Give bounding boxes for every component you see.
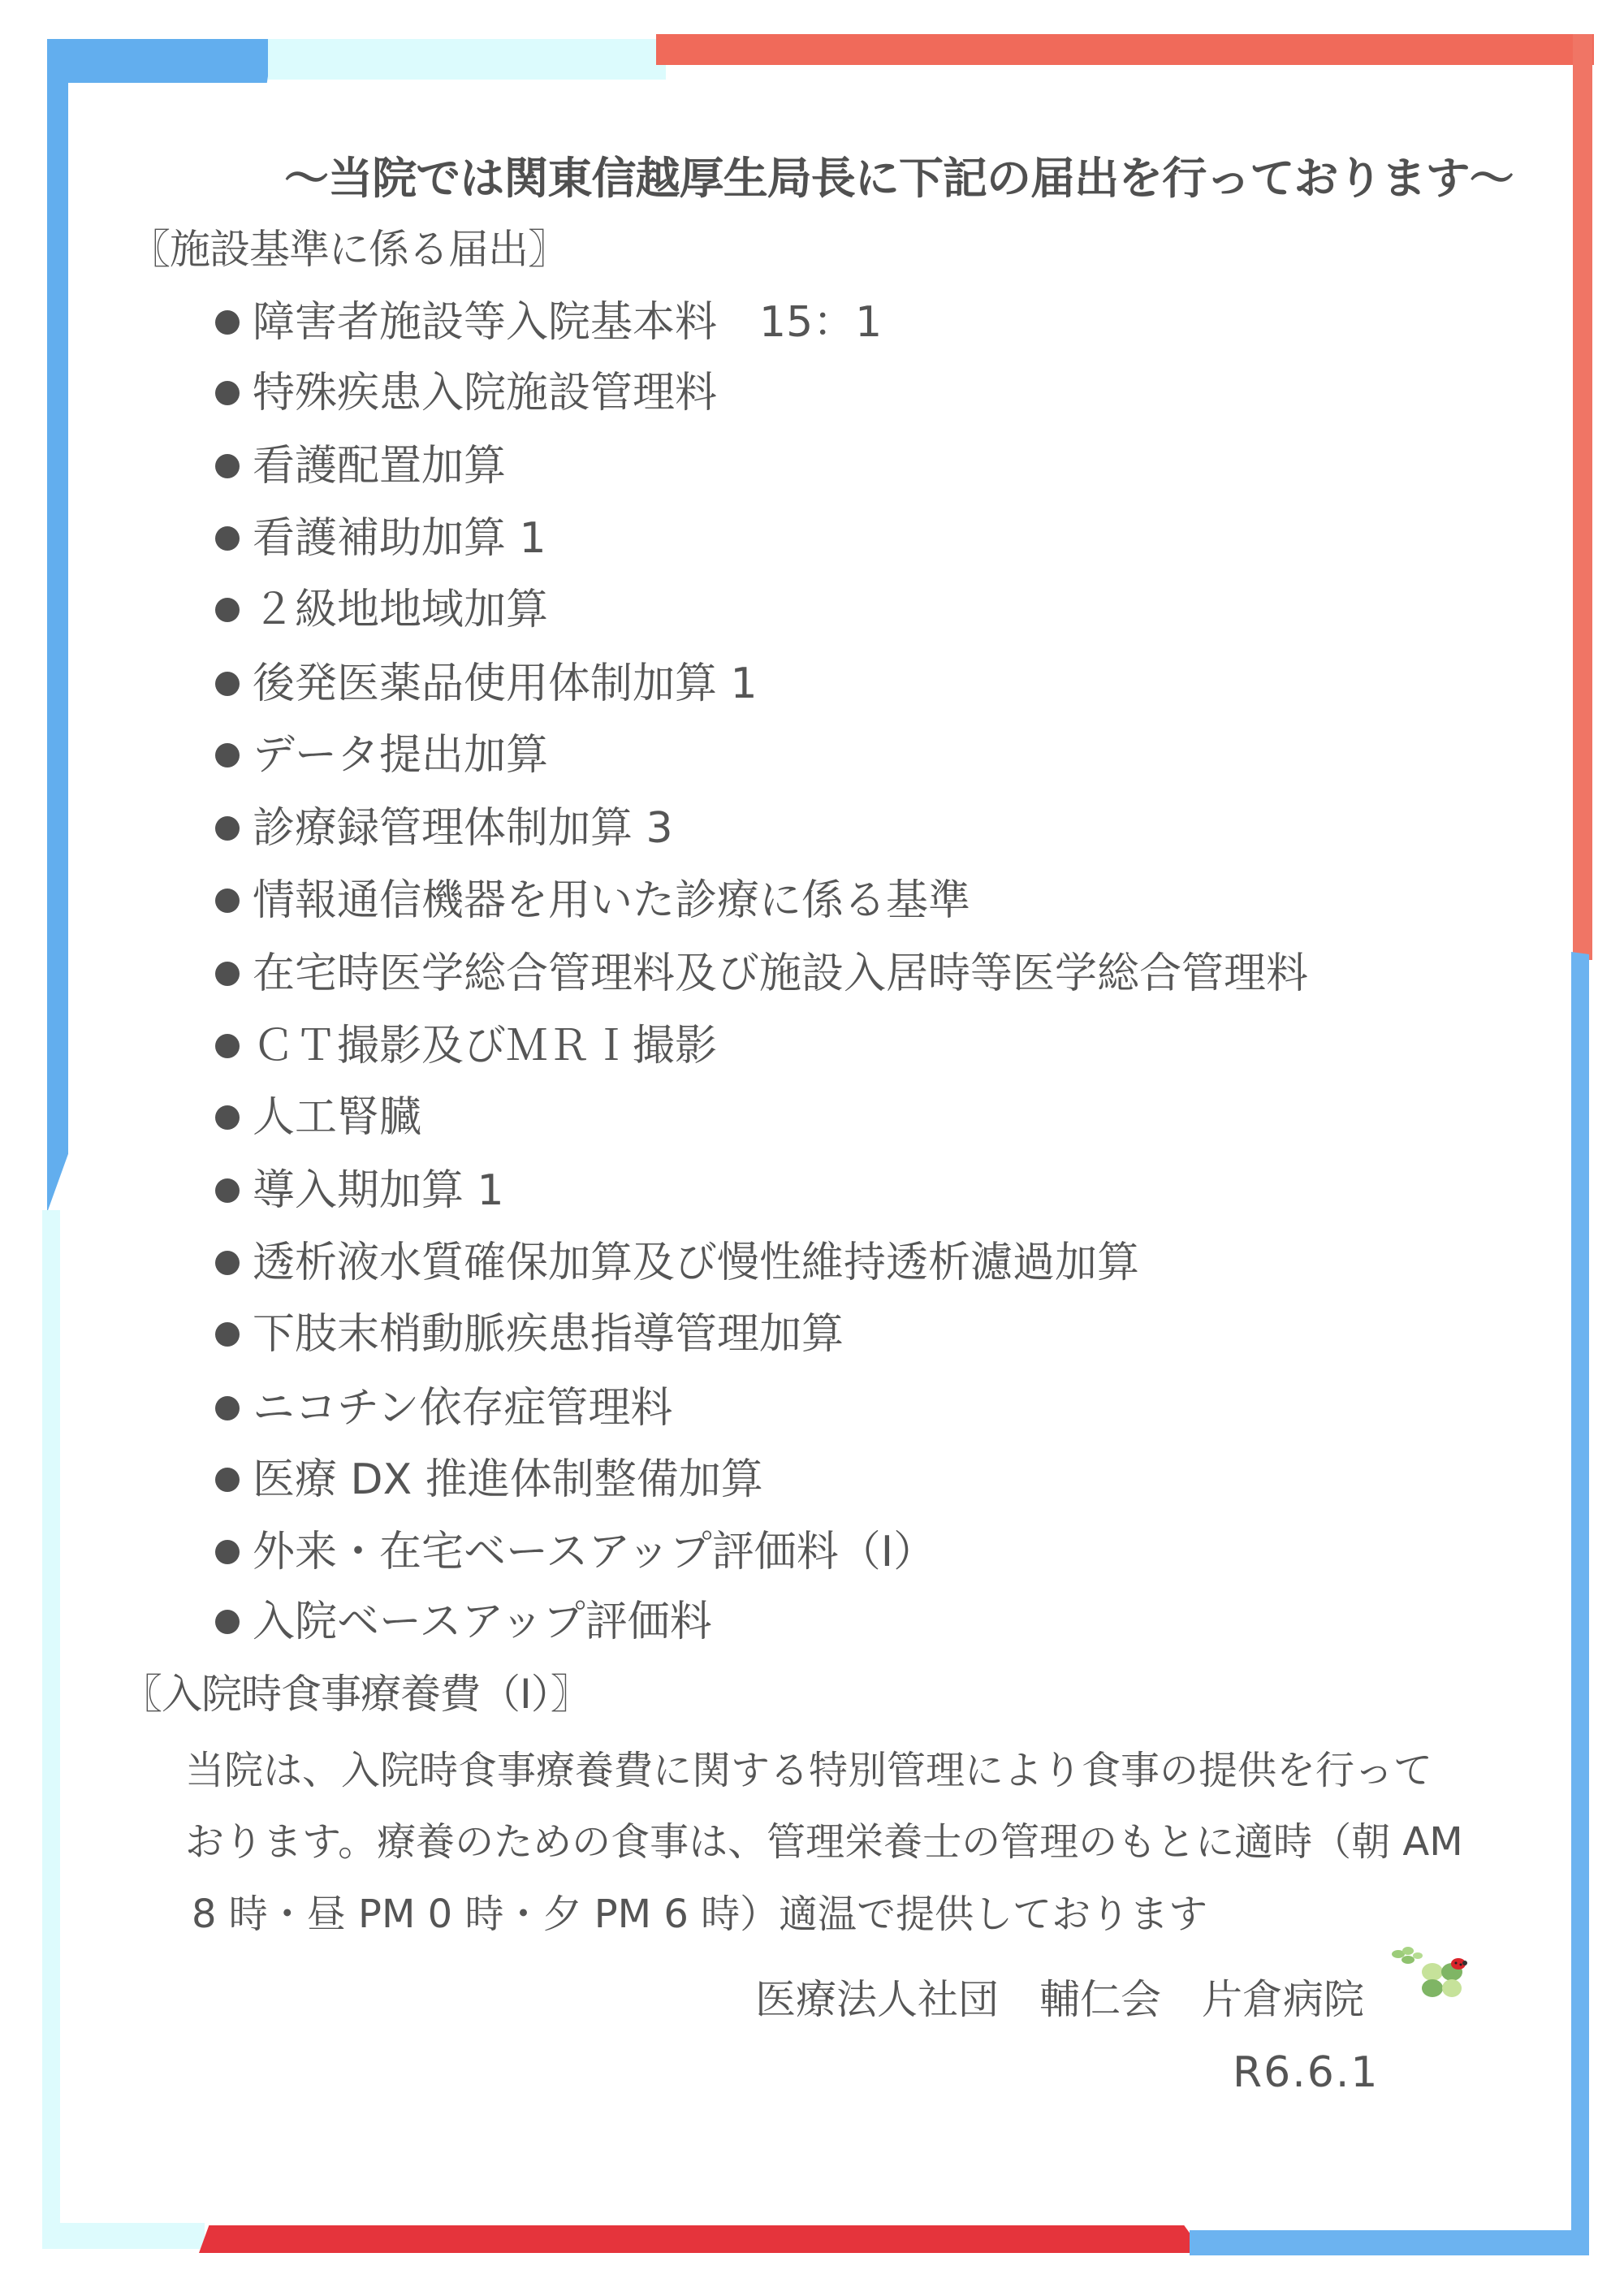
section-header-inpatient-meal: 〖入院時食事療養費（Ⅰ）〗 [122, 1670, 590, 1719]
list-item: 人工腎臓 [215, 1093, 421, 1142]
bullet-icon [215, 310, 240, 335]
bullet-icon [215, 1251, 240, 1275]
list-item: 透析液水質確保加算及び慢性維持透析濾過加算 [215, 1239, 1139, 1287]
bullet-icon [215, 816, 240, 841]
list-item: 導入期加算 1 [215, 1166, 504, 1215]
list-item-label: 外来・在宅ベースアップ評価料（Ⅰ） [253, 1528, 935, 1576]
bullet-icon [215, 598, 240, 622]
list-item: 外来・在宅ベースアップ評価料（Ⅰ） [215, 1528, 935, 1576]
frame-bottom-blue-segment [1190, 2230, 1589, 2255]
frame-bottom-red-segment [199, 2225, 1204, 2253]
paragraph-line: おります。療養のための食事は、管理栄養士の管理のもとに適時（朝 AM [185, 1818, 1463, 1866]
list-item-label: 看護補助加算 1 [253, 514, 546, 563]
list-item: 診療録管理体制加算 3 [215, 804, 673, 853]
bullet-icon [215, 1178, 240, 1203]
bullet-icon [215, 1034, 240, 1058]
frame-right-blue-segment [1571, 952, 1589, 2255]
list-item-label: 下肢末梢動脈疾患指導管理加算 [253, 1310, 844, 1359]
paragraph-line: 8 時・昼 PM 0 時・夕 PM 6 時）適温で提供しております [192, 1890, 1207, 1939]
bullet-icon [215, 1105, 240, 1130]
list-item-label: 導入期加算 1 [253, 1166, 504, 1215]
list-item: 入院ベースアップ評価料 [215, 1598, 712, 1646]
list-item-label: ＣＴ撮影及びＭＲＩ撮影 [253, 1022, 717, 1070]
list-item: 特殊疾患入院施設管理料 [215, 369, 717, 417]
list-item-label: 障害者施設等入院基本料 15：1 [253, 298, 882, 347]
bullet-icon [215, 1610, 240, 1634]
list-item-label: ニコチン依存症管理料 [253, 1384, 672, 1433]
list-item: 看護補助加算 1 [215, 514, 546, 563]
frame-top-blue-segment [50, 39, 274, 83]
bullet-icon [215, 1540, 240, 1564]
frame-left-lightblue-segment [42, 1210, 60, 2248]
list-item-label: 特殊疾患入院施設管理料 [253, 369, 717, 417]
list-item: 下肢末梢動脈疾患指導管理加算 [215, 1310, 844, 1359]
list-item: 障害者施設等入院基本料 15：1 [215, 298, 882, 347]
paragraph-line: 当院は、入院時食事療養費に関する特別管理により食事の提供を行って [185, 1746, 1432, 1795]
bullet-icon [215, 1322, 240, 1347]
list-item-label: ２級地地域加算 [253, 586, 548, 634]
list-item: ＣＴ撮影及びＭＲＩ撮影 [215, 1022, 717, 1070]
bullet-icon [215, 962, 240, 986]
list-item-label: 在宅時医学総合管理料及び施設入居時等医学総合管理料 [253, 949, 1308, 998]
frame-top-lightblue-segment [268, 39, 666, 80]
frame-bottom-lightblue-segment [42, 2223, 205, 2249]
list-item-label: 人工腎臓 [253, 1093, 421, 1142]
bullet-icon [215, 526, 240, 551]
list-item: 後発医薬品使用体制加算 1 [215, 659, 758, 708]
frame-right-red-segment [1573, 34, 1592, 960]
list-item: 在宅時医学総合管理料及び施設入居時等医学総合管理料 [215, 949, 1308, 998]
list-item: 看護配置加算 [215, 442, 506, 491]
list-item-label: 後発医薬品使用体制加算 1 [253, 659, 758, 708]
list-item-label: 看護配置加算 [253, 442, 506, 491]
list-item: ２級地地域加算 [215, 586, 548, 634]
list-item-label: データ提出加算 [253, 731, 548, 780]
section-header-facility-standards: 〖施設基準に係る届出〗 [130, 225, 568, 274]
bullet-icon [215, 672, 240, 696]
issue-date: R6.6.1 [1233, 2048, 1379, 2097]
list-item: データ提出加算 [215, 731, 548, 780]
list-item-label: 診療録管理体制加算 3 [253, 804, 673, 853]
bullet-icon [215, 889, 240, 913]
list-item-label: 情報通信機器を用いた診療に係る基準 [253, 876, 970, 925]
bullet-icon [215, 381, 240, 405]
list-item: 情報通信機器を用いた診療に係る基準 [215, 876, 970, 925]
bullet-icon [215, 454, 240, 478]
frame-left-blue-segment [47, 39, 68, 1213]
bullet-icon [215, 743, 240, 767]
list-item: 医療 DX 推進体制整備加算 [215, 1455, 763, 1504]
page-title: ～当院では関東信越厚生局長に下記の届出を行っております～ [284, 154, 1444, 203]
list-item-label: 医療 DX 推進体制整備加算 [253, 1455, 763, 1504]
frame-top-red-segment [656, 34, 1594, 65]
clover-ladybug-icon [1387, 1946, 1476, 2000]
bullet-icon [215, 1468, 240, 1492]
hospital-signature: 医療法人社団 輔仁会 片倉病院 [755, 1975, 1364, 2024]
list-item-label: 透析液水質確保加算及び慢性維持透析濾過加算 [253, 1239, 1139, 1287]
bullet-icon [215, 1396, 240, 1420]
list-item: ニコチン依存症管理料 [215, 1384, 672, 1433]
list-item-label: 入院ベースアップ評価料 [253, 1598, 712, 1646]
